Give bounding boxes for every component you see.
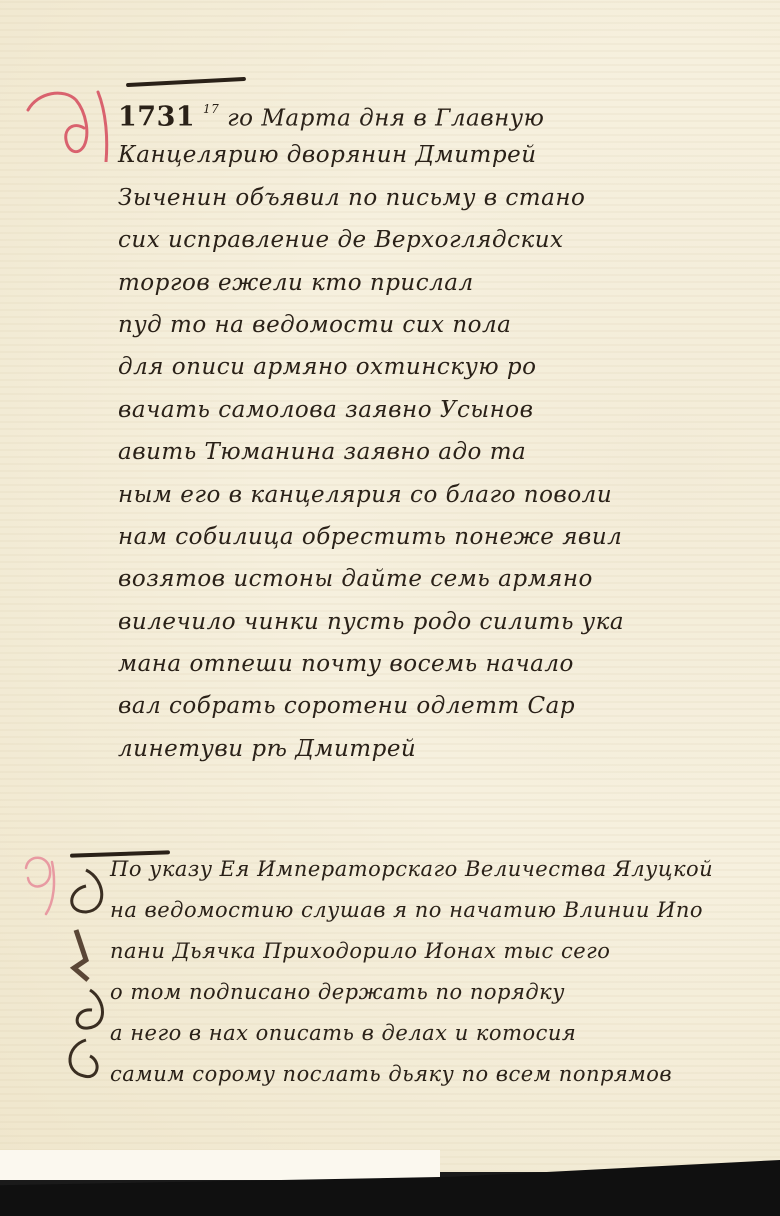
manuscript-line: авить Тюманина заявно адо та [118,431,688,473]
manuscript-line: линетуви рѣ Дмитрей [118,728,688,770]
manuscript-line-date-rest: го Марта дня в Главную [227,106,544,132]
red-margin-letter-mark [14,82,110,162]
margin-note-glyphs [46,850,116,1090]
text-block-resolution: По указу Ея Императорскаго Величества Ял… [110,848,700,1094]
manuscript-line: на ведомостию слушав я по начатию Влинии… [110,889,700,930]
manuscript-line: пуд то на ведомости сих пола [118,304,688,346]
manuscript-line: вилечило чинки пусть родо силить ука [118,601,688,643]
manuscript-line-date: 1731 17 го Марта дня в Главную [118,92,688,134]
manuscript-line: а него в нах описать в делах и котосия [110,1012,700,1053]
manuscript-line: торгов ежели кто прислал [118,262,688,304]
text-block-petition: 1731 17 го Марта дня в Главную Канцеляри… [118,92,688,770]
manuscript-line: ным его в канцелярия со благо поволи [118,474,688,516]
page-light-patch [0,1150,440,1180]
manuscript-line: самим сорому послать дьяку по всем попря… [110,1053,700,1094]
manuscript-line: сих исправление де Верхоглядских [118,219,688,261]
manuscript-line: По указу Ея Императорскаго Величества Ял… [110,848,700,889]
manuscript-line: возятов истоны дайте семь армяно [118,558,688,600]
date-day: 17 [203,102,219,116]
manuscript-line: вал собрать соротени одлетт Сар [118,685,688,727]
manuscript-line: вачать самолова заявно Усынов [118,389,688,431]
date-year: 1731 [118,102,195,133]
manuscript-page: 1731 17 го Марта дня в Главную Канцеляри… [0,0,780,1172]
manuscript-line: для описи армяно охтинскую ро [118,346,688,388]
manuscript-line: Канцелярию дворянин Дмитрей [118,134,688,176]
manuscript-line: нам собилица обрестить понеже явил [118,516,688,558]
manuscript-line: мана отпеши почту восемь начало [118,643,688,685]
manuscript-line: пани Дьячка Приходорило Ионах тыс сего [110,930,700,971]
manuscript-line: о том подписано держать по порядку [110,971,700,1012]
manuscript-line: Зыченин объявил по письму в стано [118,177,688,219]
